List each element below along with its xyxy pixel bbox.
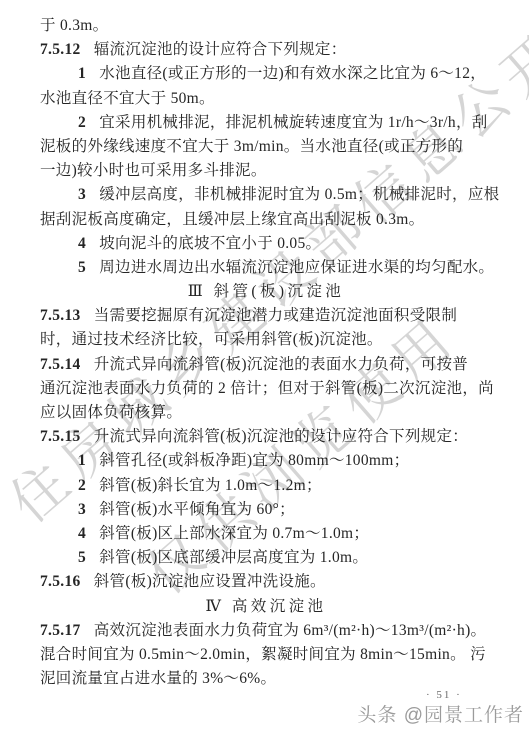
- line-number: 5: [78, 549, 86, 566]
- line-text: 通沉淀池表面水力负荷的 2 倍计；但对于斜管(板)二次沉淀池，尚: [40, 380, 494, 397]
- text-line: 7.5.13当需要挖掘原有沉淀池潜力或建造沉淀池面积受限制: [40, 304, 492, 328]
- line-text: 升流式异向流斜管(板)沉淀池的设计应符合下列规定：: [94, 428, 468, 445]
- line-text: 坡向泥斗的底坡不宜小于 0.05。: [99, 235, 321, 252]
- line-text: 水池直径(或正方形的一边)和有效水深之比宜为 6～12，: [99, 65, 486, 82]
- text-line: 4坡向泥斗的底坡不宜小于 0.05。: [40, 232, 492, 256]
- line-text: 斜管(板)区底部缓冲层高度宜为 1.0m。: [99, 549, 368, 566]
- text-line: 泥回流量宜占进水量的 3%～6%。: [40, 667, 492, 691]
- line-text: 当需要挖掘原有沉淀池潜力或建造沉淀池面积受限制: [94, 307, 457, 324]
- line-text: 缓冲层高度，非机械排泥时宜为 0.5m；机械排泥时，应根: [99, 186, 499, 203]
- line-number: 7.5.15: [40, 428, 81, 445]
- text-line: 时，通过技术经济比较，可采用斜管(板)沉淀池。: [40, 328, 492, 352]
- text-line: 7.5.14升流式异向流斜管(板)沉淀池的表面水力负荷，可按普: [40, 353, 492, 377]
- text-line: 混合时间宜为 0.5min～2.0min，絮凝时间宜为 8min～15min。 …: [40, 643, 492, 667]
- text-line: 7.5.16斜管(板)沉淀池应设置冲洗设施。: [40, 570, 492, 594]
- line-text: 斜管(板)区上部水深宜为 0.7m～1.0m；: [99, 525, 369, 542]
- text-line: 泥板的外缘线速度不宜大于 3m/min。当水池直径(或正方形的: [40, 135, 492, 159]
- line-text: 斜管(板)沉淀池: [214, 283, 345, 300]
- line-number: 7.5.16: [40, 573, 81, 590]
- line-text: 辐流沉淀池的设计应符合下列规定：: [94, 41, 347, 58]
- text-line: 2斜管(板)斜长宜为 1.0m～1.2m；: [40, 474, 492, 498]
- text-line: 5斜管(板)区底部缓冲层高度宜为 1.0m。: [40, 546, 492, 570]
- line-number: 7.5.14: [40, 356, 81, 373]
- line-text: 时，通过技术经济比较，可采用斜管(板)沉淀池。: [40, 331, 383, 348]
- text-line: 于 0.3m。: [40, 14, 492, 38]
- line-text: 周边进水周边出水辐流沉淀池应保证进水渠的均匀配水。: [99, 259, 494, 276]
- line-number: 2: [78, 477, 86, 494]
- line-text: 高效沉淀池表面水力负荷宜为 6m³/(m²·h)～13m³/(m²·h)。: [94, 622, 487, 639]
- line-number: 4: [78, 525, 86, 542]
- line-number: 1: [78, 65, 86, 82]
- text-line: 应以固体负荷核算。: [40, 401, 492, 425]
- line-text: 一边)较小时也可采用多斗排泥。: [40, 162, 267, 179]
- text-line: 7.5.15升流式异向流斜管(板)沉淀池的设计应符合下列规定：: [40, 425, 492, 449]
- line-text: 高效沉淀池: [232, 598, 327, 615]
- line-text: 混合时间宜为 0.5min～2.0min，絮凝时间宜为 8min～15min。 …: [40, 646, 486, 663]
- text-line: 据刮泥板高度确定，且缓冲层上缘宜高出刮泥板 0.3m。: [40, 208, 492, 232]
- line-text: 宜采用机械排泥，排泥机械旋转速度宜为 1r/h～3r/h，刮: [99, 114, 487, 131]
- line-number: 5: [78, 259, 86, 276]
- document-page: 住房城乡建设部信息公开 仅供浏览使用 于 0.3m。 7.5.12辐流沉淀池的设…: [0, 0, 529, 756]
- line-text: 应以固体负荷核算。: [40, 404, 182, 421]
- text-line: 2宜采用机械排泥，排泥机械旋转速度宜为 1r/h～3r/h，刮: [40, 111, 492, 135]
- line-number: 1: [78, 452, 86, 469]
- line-text: 水池直径不宜大于 50m。: [40, 90, 215, 107]
- line-text: 泥板的外缘线速度不宜大于 3m/min。当水池直径(或正方形的: [40, 138, 463, 155]
- text-line: 3斜管(板)水平倾角宜为 60°；: [40, 498, 492, 522]
- line-number: 7.5.12: [40, 41, 81, 58]
- text-line: 1斜管孔径(或斜板净距)宜为 80mm～100mm；: [40, 449, 492, 473]
- line-text: 斜管(板)沉淀池应设置冲洗设施。: [94, 573, 326, 590]
- text-line: Ⅲ斜管(板)沉淀池: [40, 280, 492, 304]
- footer-watermark: 头条 @园景工作者: [357, 700, 524, 727]
- text-line: 1水池直径(或正方形的一边)和有效水深之比宜为 6～12，: [40, 62, 492, 86]
- line-text: 升流式异向流斜管(板)沉淀池的表面水力负荷，可按普: [94, 356, 468, 373]
- line-number: 7.5.13: [40, 307, 81, 324]
- line-number: 7.5.17: [40, 622, 81, 639]
- text-line: 5周边进水周边出水辐流沉淀池应保证进水渠的均匀配水。: [40, 256, 492, 280]
- text-line: 3缓冲层高度，非机械排泥时宜为 0.5m；机械排泥时，应根: [40, 183, 492, 207]
- line-number: 4: [78, 235, 86, 252]
- text-line: 通沉淀池表面水力负荷的 2 倍计；但对于斜管(板)二次沉淀池，尚: [40, 377, 492, 401]
- document-body: 于 0.3m。 7.5.12辐流沉淀池的设计应符合下列规定： 1水池直径(或正方…: [40, 14, 492, 691]
- text-line: 7.5.12辐流沉淀池的设计应符合下列规定：: [40, 38, 492, 62]
- line-text: 斜管(板)水平倾角宜为 60°；: [99, 501, 295, 518]
- line-number: 3: [78, 186, 86, 203]
- text-line: 水池直径不宜大于 50m。: [40, 87, 492, 111]
- line-number: 3: [78, 501, 86, 518]
- line-text: 斜管孔径(或斜板净距)宜为 80mm～100mm；: [99, 452, 409, 469]
- line-text: 斜管(板)斜长宜为 1.0m～1.2m；: [99, 477, 322, 494]
- text-line: 7.5.17高效沉淀池表面水力负荷宜为 6m³/(m²·h)～13m³/(m²·…: [40, 619, 492, 643]
- line-number: 2: [78, 114, 86, 131]
- line-text: 据刮泥板高度确定，且缓冲层上缘宜高出刮泥板 0.3m。: [40, 211, 424, 228]
- line-text: 泥回流量宜占进水量的 3%～6%。: [40, 670, 276, 687]
- text-line: 4斜管(板)区上部水深宜为 0.7m～1.0m；: [40, 522, 492, 546]
- text-line: Ⅳ高效沉淀池: [40, 595, 492, 619]
- text-line: 一边)较小时也可采用多斗排泥。: [40, 159, 492, 183]
- line-number: Ⅳ: [206, 598, 222, 615]
- line-number: Ⅲ: [188, 283, 203, 300]
- line-text: 于 0.3m。: [40, 17, 108, 34]
